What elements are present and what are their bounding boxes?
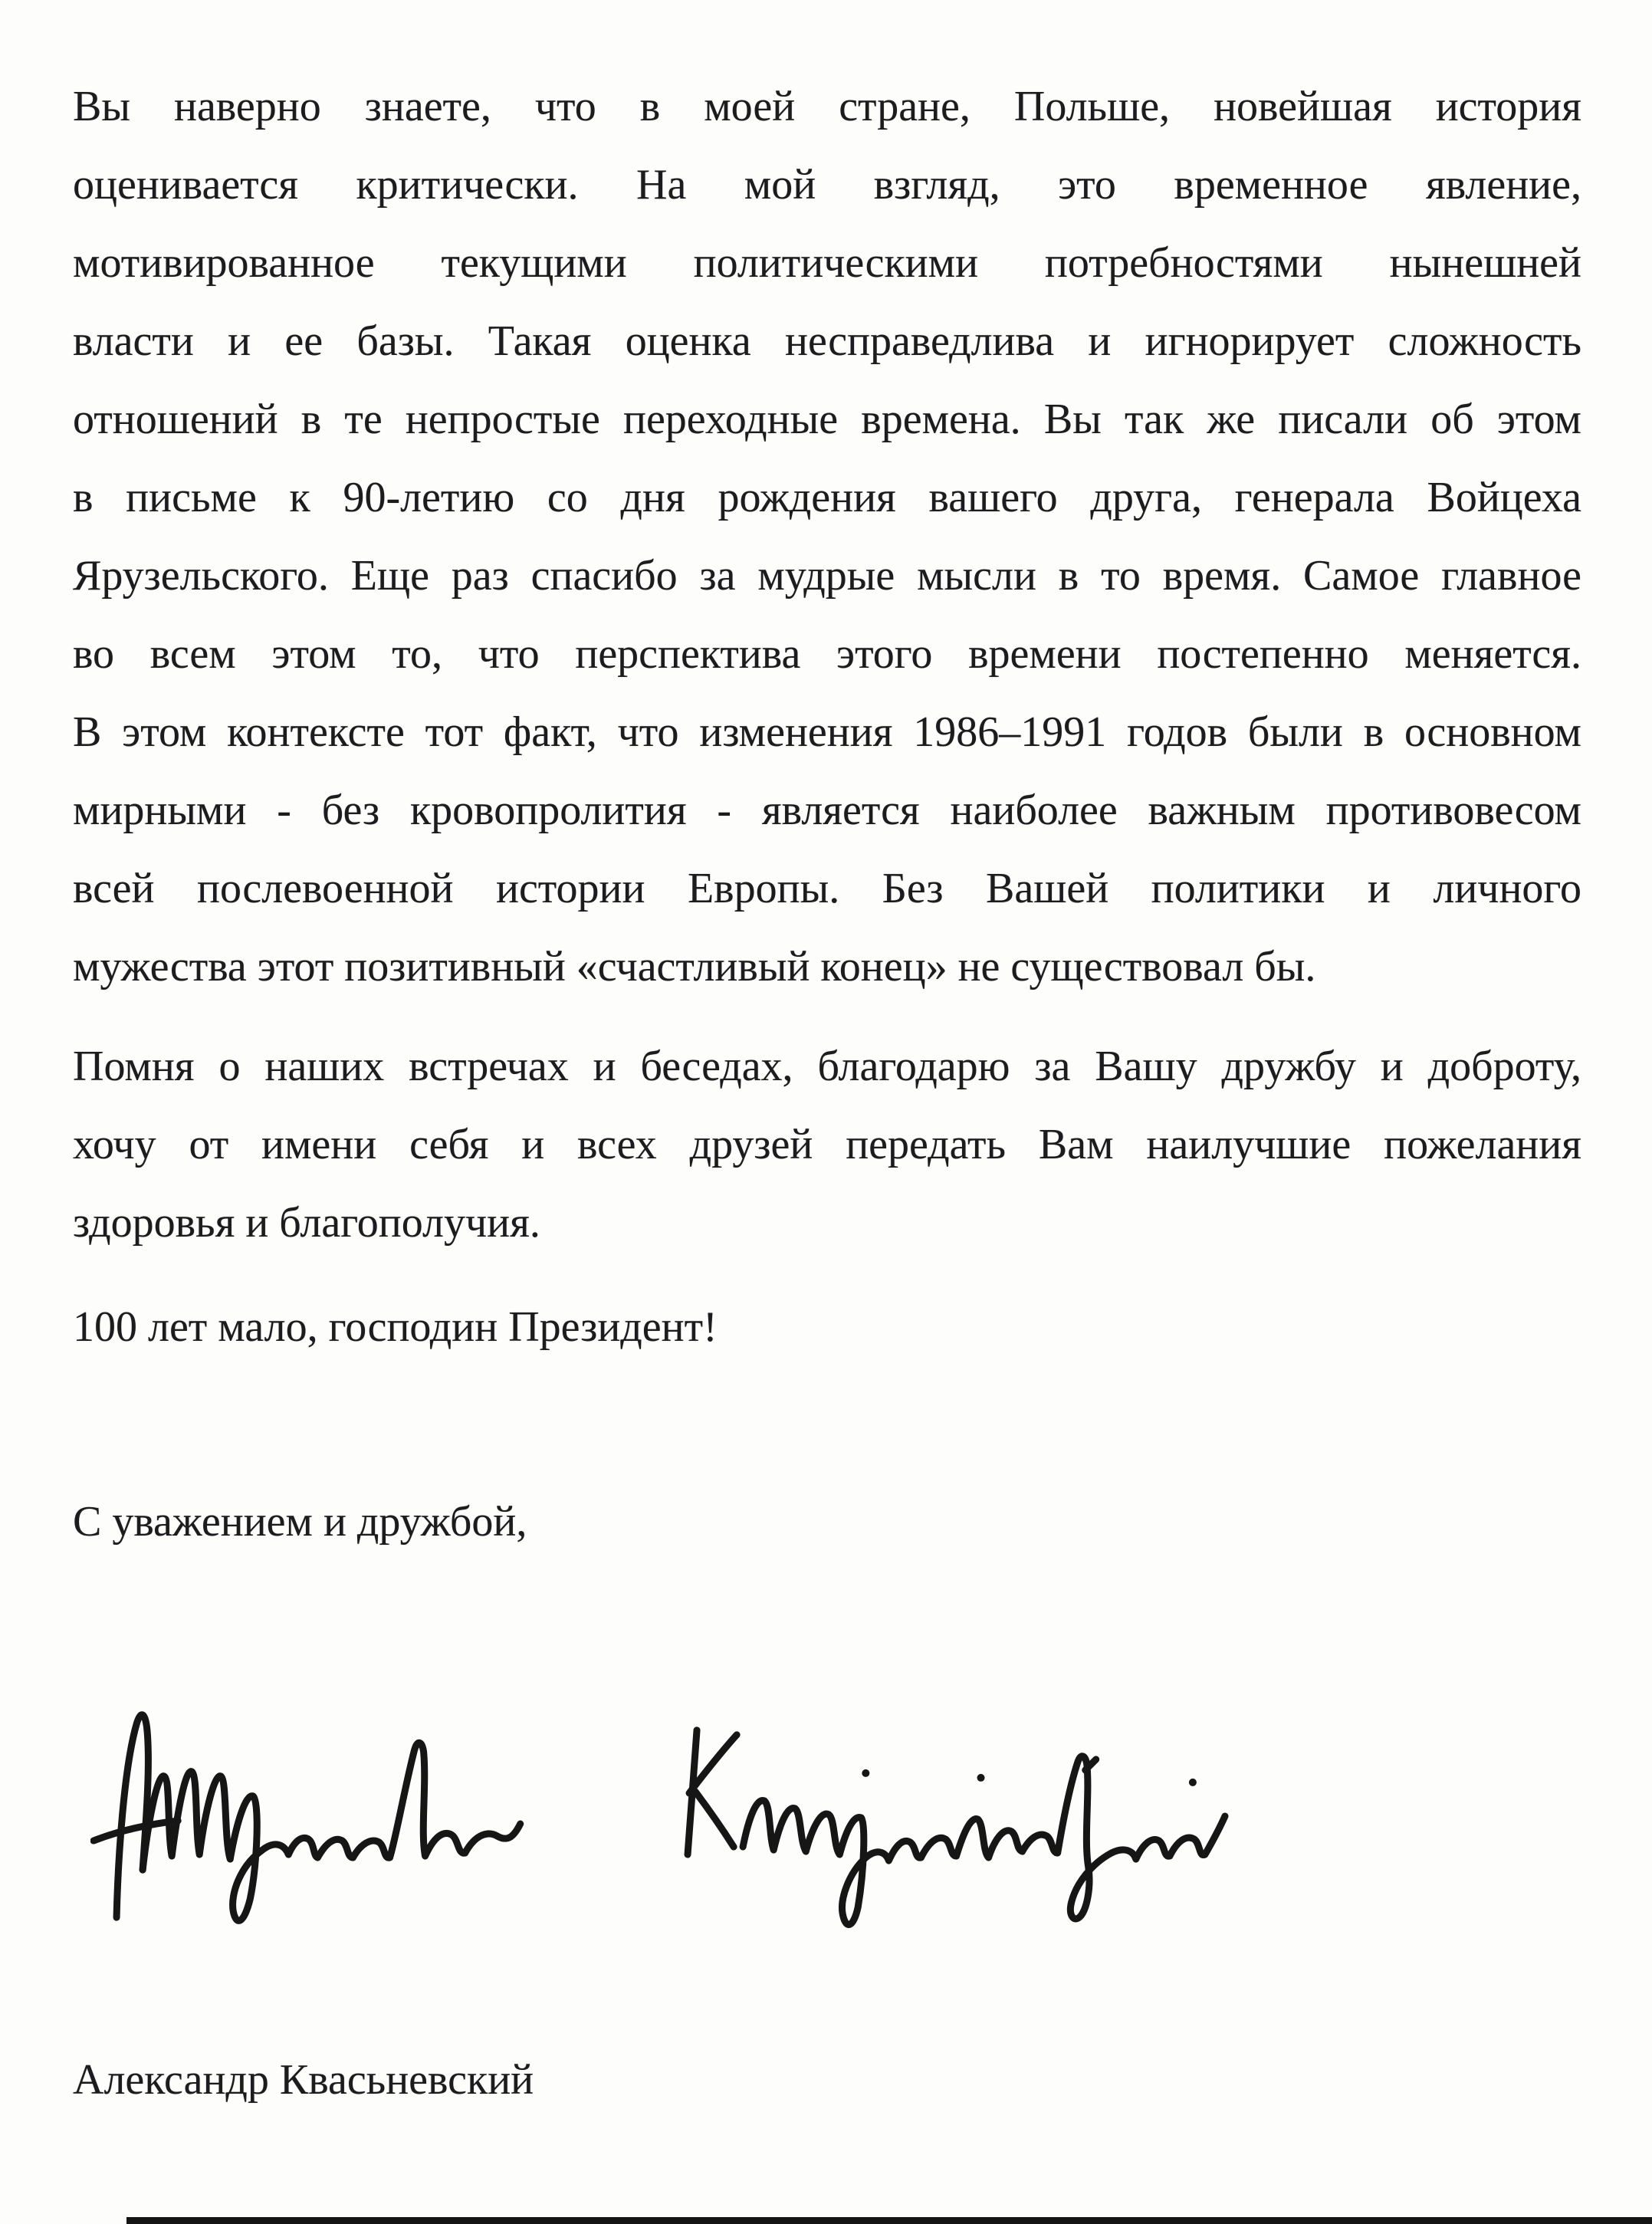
body-line: мирными - без кровопролития - является н…: [73, 771, 1581, 849]
body-line: 100 лет мало, господин Президент!: [73, 1288, 1581, 1366]
closing-salutation: С уважением и дружбой,: [73, 1483, 527, 1561]
signature-stroke: [143, 1743, 521, 1920]
signature-stroke: [94, 1821, 178, 1841]
paragraph-1: Вы наверно знаете, что в моей стране, По…: [73, 67, 1581, 1006]
body-line: отношений в те непростые переходные врем…: [73, 380, 1581, 458]
signature-dot: [862, 1769, 869, 1777]
body-line: всей послевоенной истории Европы. Без Ва…: [73, 849, 1581, 928]
body-line: в письме к 90-летию со дня рождения ваше…: [73, 458, 1581, 537]
body-line: мотивированное текущими политическими по…: [73, 224, 1581, 302]
signature-dot: [977, 1774, 985, 1782]
letter-page: Вы наверно знаете, что в моей стране, По…: [0, 0, 1652, 2224]
body-line: Ярузельского. Еще раз спасибо за мудрые …: [73, 537, 1581, 615]
body-line: хочу от имени себя и всех друзей передат…: [73, 1105, 1581, 1184]
scan-artifact-bar: [126, 2217, 1652, 2224]
signature-stroke: [695, 1792, 734, 1847]
body-line: мужества этот позитивный «счастливый кон…: [73, 928, 1581, 1006]
body-line: В этом контексте тот факт, что изменения…: [73, 693, 1581, 771]
signature-stroke: [743, 1756, 1225, 1925]
signer-name: Александр Квасьневский: [73, 2041, 534, 2119]
body-line: Помня о наших встречах и беседах, благод…: [73, 1027, 1581, 1105]
letter-body: Вы наверно знаете, что в моей стране, По…: [73, 67, 1581, 1366]
body-line: Вы наверно знаете, что в моей стране, По…: [73, 67, 1581, 146]
handwritten-signature: [90, 1693, 1250, 1947]
body-line: здоровья и благополучия.: [73, 1184, 1581, 1262]
body-line: оценивается критически. На мой взгляд, э…: [73, 146, 1581, 224]
signature-stroke: [117, 1715, 148, 1917]
paragraph-2: Помня о наших встречах и беседах, благод…: [73, 1027, 1581, 1262]
body-line: во всем этом то, что перспектива этого в…: [73, 615, 1581, 693]
body-line: власти и ее базы. Такая оценка несправед…: [73, 302, 1581, 380]
paragraph-3: 100 лет мало, господин Президент!: [73, 1288, 1581, 1366]
signature-dot: [1189, 1779, 1197, 1786]
